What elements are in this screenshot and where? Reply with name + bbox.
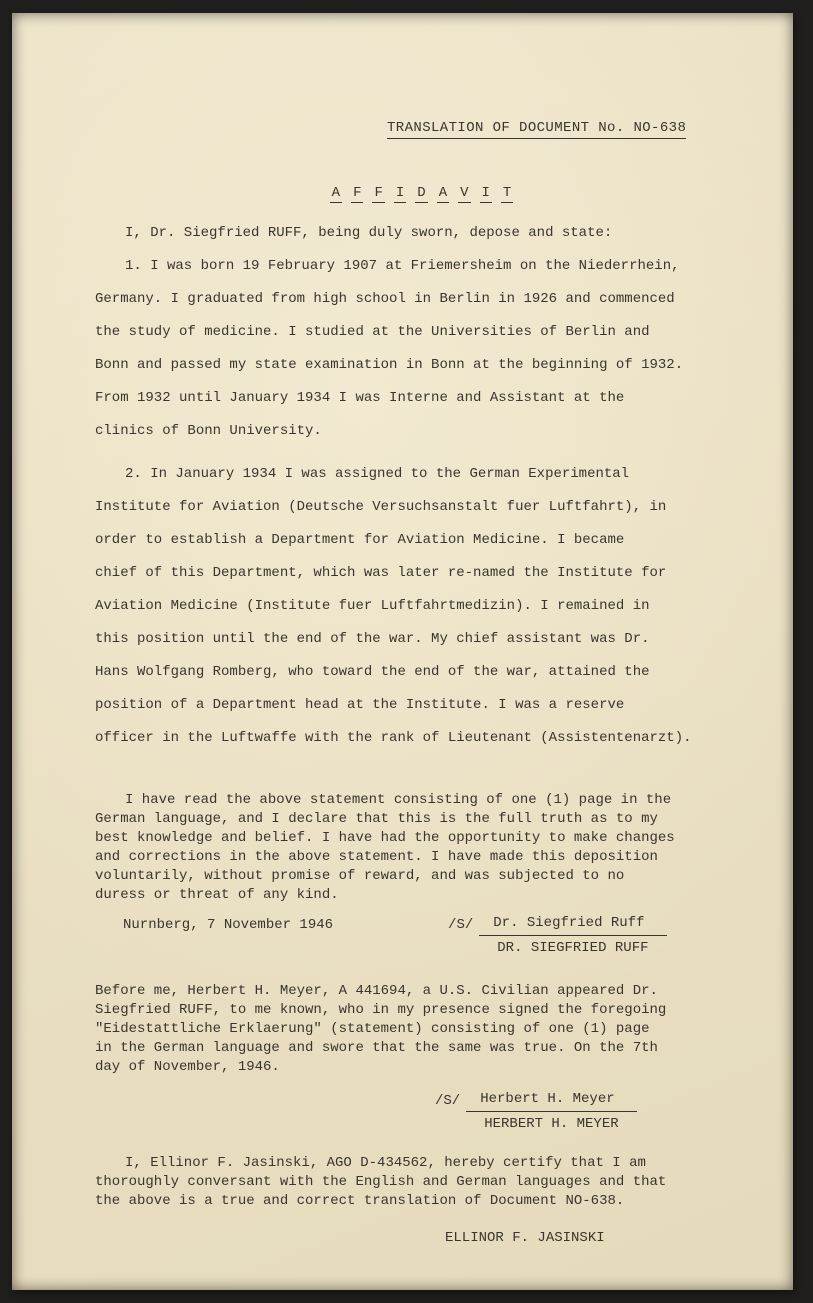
signature-script-name: Herbert H. Meyer bbox=[466, 1091, 636, 1112]
certification-paragraph: I, Ellinor F. Jasinski, AGO D-434562, he… bbox=[95, 1154, 723, 1211]
signature-mark: /S/ bbox=[435, 1091, 460, 1111]
document-page: TRANSLATION OF DOCUMENT No. NO-638 AFFID… bbox=[12, 13, 793, 1290]
signature-block-meyer: /S/ Herbert H. Meyer HERBERT H. MEYER bbox=[435, 1091, 723, 1134]
affidavit-title-letters: AFFIDAVIT bbox=[330, 185, 523, 203]
affidavit-title: AFFIDAVIT bbox=[95, 185, 723, 203]
date-signature-row: Nurnberg, 7 November 1946 /S/ Dr. Siegfr… bbox=[95, 915, 723, 958]
paragraph-2: 2. In January 1934 I was assigned to the… bbox=[95, 458, 723, 755]
paragraph-1: 1. I was born 19 February 1907 at Frieme… bbox=[95, 250, 723, 448]
doc-reference-header: TRANSLATION OF DOCUMENT No. NO-638 bbox=[387, 120, 686, 139]
signature-script-name: Dr. Siegfried Ruff bbox=[479, 915, 666, 936]
signature-typed-name: HERBERT H. MEYER bbox=[484, 1114, 618, 1134]
intro-line: I, Dr. Siegfried RUFF, being duly sworn,… bbox=[95, 217, 723, 250]
notary-paragraph: Before me, Herbert H. Meyer, A 441694, a… bbox=[95, 982, 723, 1077]
translator-name: ELLINOR F. JASINSKI bbox=[445, 1229, 723, 1248]
signature-typed-name: DR. SIEGFRIED RUFF bbox=[497, 938, 648, 958]
date-place-line: Nurnberg, 7 November 1946 bbox=[123, 915, 333, 935]
attestation-paragraph: I have read the above statement consisti… bbox=[95, 791, 723, 905]
scanned-document-background: { "document": { "doc_ref": "TRANSLATION … bbox=[0, 0, 813, 1303]
signature-block-ruff: /S/ Dr. Siegfried Ruff DR. SIEGFRIED RUF… bbox=[448, 915, 666, 958]
signature-mark: /S/ bbox=[448, 915, 473, 935]
